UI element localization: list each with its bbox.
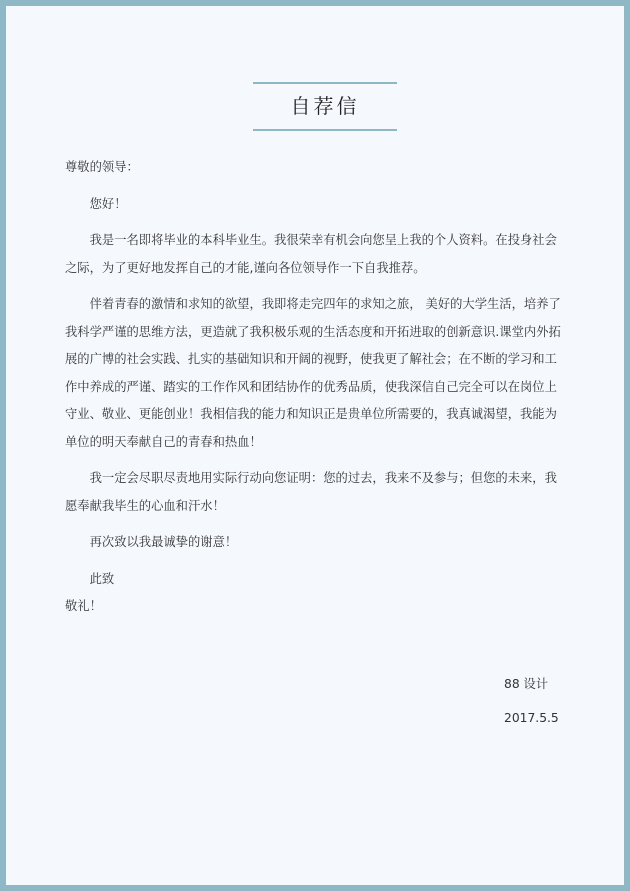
letter-body: 尊敬的领导： 您好！ 我是一名即将毕业的本科毕业生。我很荣幸有机会向您呈上我的个… [65,154,567,621]
signature: 88 设计 [504,674,548,694]
paragraph-intro: 我是一名即将毕业的本科毕业生。我很荣幸有机会向您呈上我的个人资料。在投身社会之际… [65,227,567,282]
closing-jingli: 敬礼！ [65,593,567,621]
closing-cizhi: 此致 [65,566,567,594]
paragraph-commitment: 我一定会尽职尽责地用实际行动向您证明：您的过去，我来不及参与；但您的未来，我愿奉… [65,465,567,520]
title-bottom-rule [253,129,397,131]
salutation: 尊敬的领导： [65,154,567,182]
page-title: 自荐信 [253,84,397,129]
paragraph-qualifications: 伴着青春的激情和求知的欲望，我即将走完四年的求知之旅， 美好的大学生活，培养了我… [65,291,567,456]
title-block: 自荐信 [253,82,397,131]
greeting: 您好！ [65,191,567,219]
paragraph-thanks: 再次致以我最诚挚的谢意！ [65,529,567,557]
letter-page: 自荐信 尊敬的领导： 您好！ 我是一名即将毕业的本科毕业生。我很荣幸有机会向您呈… [6,6,624,885]
date: 2017.5.5 [504,708,559,728]
